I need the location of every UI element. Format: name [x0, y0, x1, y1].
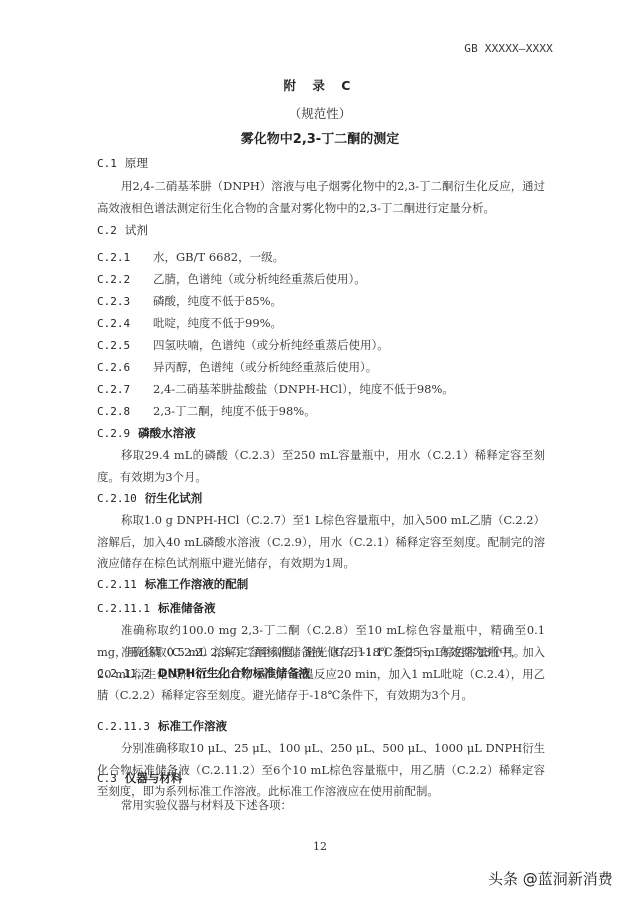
section-heading-c2-11-1: C.2.11.1标准储备液: [97, 600, 215, 616]
section-heading-c2-11-3: C.2.11.3标准工作溶液: [97, 718, 227, 734]
reagent-item: C.2.82,3-丁二酮，纯度不低于98%。: [97, 403, 316, 419]
reagent-item: C.2.72,4-二硝基苯肼盐酸盐（DNPH-HCl），纯度不低于98%。: [97, 381, 454, 397]
section-number: C.2.11: [97, 578, 137, 591]
section-heading-c2-9: C.2.9磷酸水溶液: [97, 425, 196, 441]
section-text-c2-9: 移取29.4 mL的磷酸（C.2.3）至250 mL容量瓶中，用水（C.2.1）…: [97, 445, 545, 488]
reagent-item: C.2.5四氢呋喃，色谱纯（或分析纯经重蒸后使用）。: [97, 337, 389, 353]
section-title: 标准工作溶液的配制: [145, 577, 249, 591]
section-heading-c2-11: C.2.11标准工作溶液的配制: [97, 576, 248, 592]
item-number: C.2.1: [97, 251, 153, 264]
item-text: 异丙醇，色谱纯（或分析纯经重蒸后使用）。: [153, 360, 377, 374]
section-number: C.2.9: [97, 427, 130, 440]
item-number: C.2.8: [97, 405, 153, 418]
section-heading-c3: C.3仪器与材料: [97, 770, 182, 786]
appendix-label: 附 录 C: [0, 76, 640, 94]
section-title: 磷酸水溶液: [138, 426, 196, 440]
section-title: 标准储备液: [158, 601, 216, 615]
item-text: 2,3-丁二酮，纯度不低于98%。: [153, 404, 316, 418]
reagent-item: C.2.3磷酸，纯度不低于85%。: [97, 293, 282, 309]
watermark: 头条 @蓝洞新消费: [488, 868, 613, 889]
section-text-c2-10: 称取1.0 g DNPH-HCl（C.2.7）至1 L棕色容量瓶中，加入500 …: [97, 510, 545, 575]
section-heading-c1: C.1原理: [97, 155, 148, 171]
reagent-item: C.2.1水，GB/T 6682，一级。: [97, 249, 284, 265]
item-text: 乙腈，色谱纯（或分析纯经重蒸后使用）。: [153, 272, 366, 286]
section-title: 试剂: [125, 223, 148, 237]
appendix-normative: （规范性）: [0, 104, 640, 122]
item-text: 磷酸，纯度不低于85%。: [153, 294, 282, 308]
reagent-item: C.2.6异丙醇，色谱纯（或分析纯经重蒸后使用）。: [97, 359, 377, 375]
item-text: 水，GB/T 6682，一级。: [153, 250, 284, 264]
reagent-item: C.2.2乙腈，色谱纯（或分析纯经重蒸后使用）。: [97, 271, 366, 287]
section-heading-c2: C.2试剂: [97, 222, 148, 238]
section-title: 衍生化试剂: [145, 491, 203, 505]
appendix-title: 雾化物中2,3-丁二酮的测定: [0, 128, 640, 147]
section-title: 仪器与材料: [125, 771, 183, 785]
item-number: C.2.2: [97, 273, 153, 286]
item-number: C.2.7: [97, 383, 153, 396]
section-text-c3: 常用实验仪器与材料及下述各项：: [97, 795, 545, 817]
section-number: C.3: [97, 772, 117, 785]
item-number: C.2.5: [97, 339, 153, 352]
item-text: 2,4-二硝基苯肼盐酸盐（DNPH-HCl），纯度不低于98%。: [153, 382, 454, 396]
page-number: 12: [0, 840, 640, 853]
section-number: C.2.11.1: [97, 602, 150, 615]
section-number: C.1: [97, 157, 117, 170]
section-number: C.2: [97, 224, 117, 237]
item-number: C.2.4: [97, 317, 153, 330]
item-number: C.2.3: [97, 295, 153, 308]
section-title: 原理: [125, 156, 148, 170]
section-text-c1: 用2,4-二硝基苯肼（DNPH）溶液与电子烟雾化物中的2,3-丁二酮衍生化反应，…: [97, 176, 545, 219]
section-number: C.2.11.3: [97, 720, 150, 733]
section-heading-c2-10: C.2.10衍生化试剂: [97, 490, 202, 506]
section-text-c2-11-2: 准确移取0.5 mL 2,3-丁二酮标准储备液（C.2.11.1）至25 mL棕…: [97, 642, 545, 707]
item-number: C.2.6: [97, 361, 153, 374]
item-text: 四氢呋喃，色谱纯（或分析纯经重蒸后使用）。: [153, 338, 389, 352]
section-title: 标准工作溶液: [158, 719, 227, 733]
standard-code: GB XXXXX—XXXX: [464, 42, 553, 55]
section-number: C.2.10: [97, 492, 137, 505]
reagent-item: C.2.4吡啶，纯度不低于99%。: [97, 315, 282, 331]
item-text: 吡啶，纯度不低于99%。: [153, 316, 282, 330]
